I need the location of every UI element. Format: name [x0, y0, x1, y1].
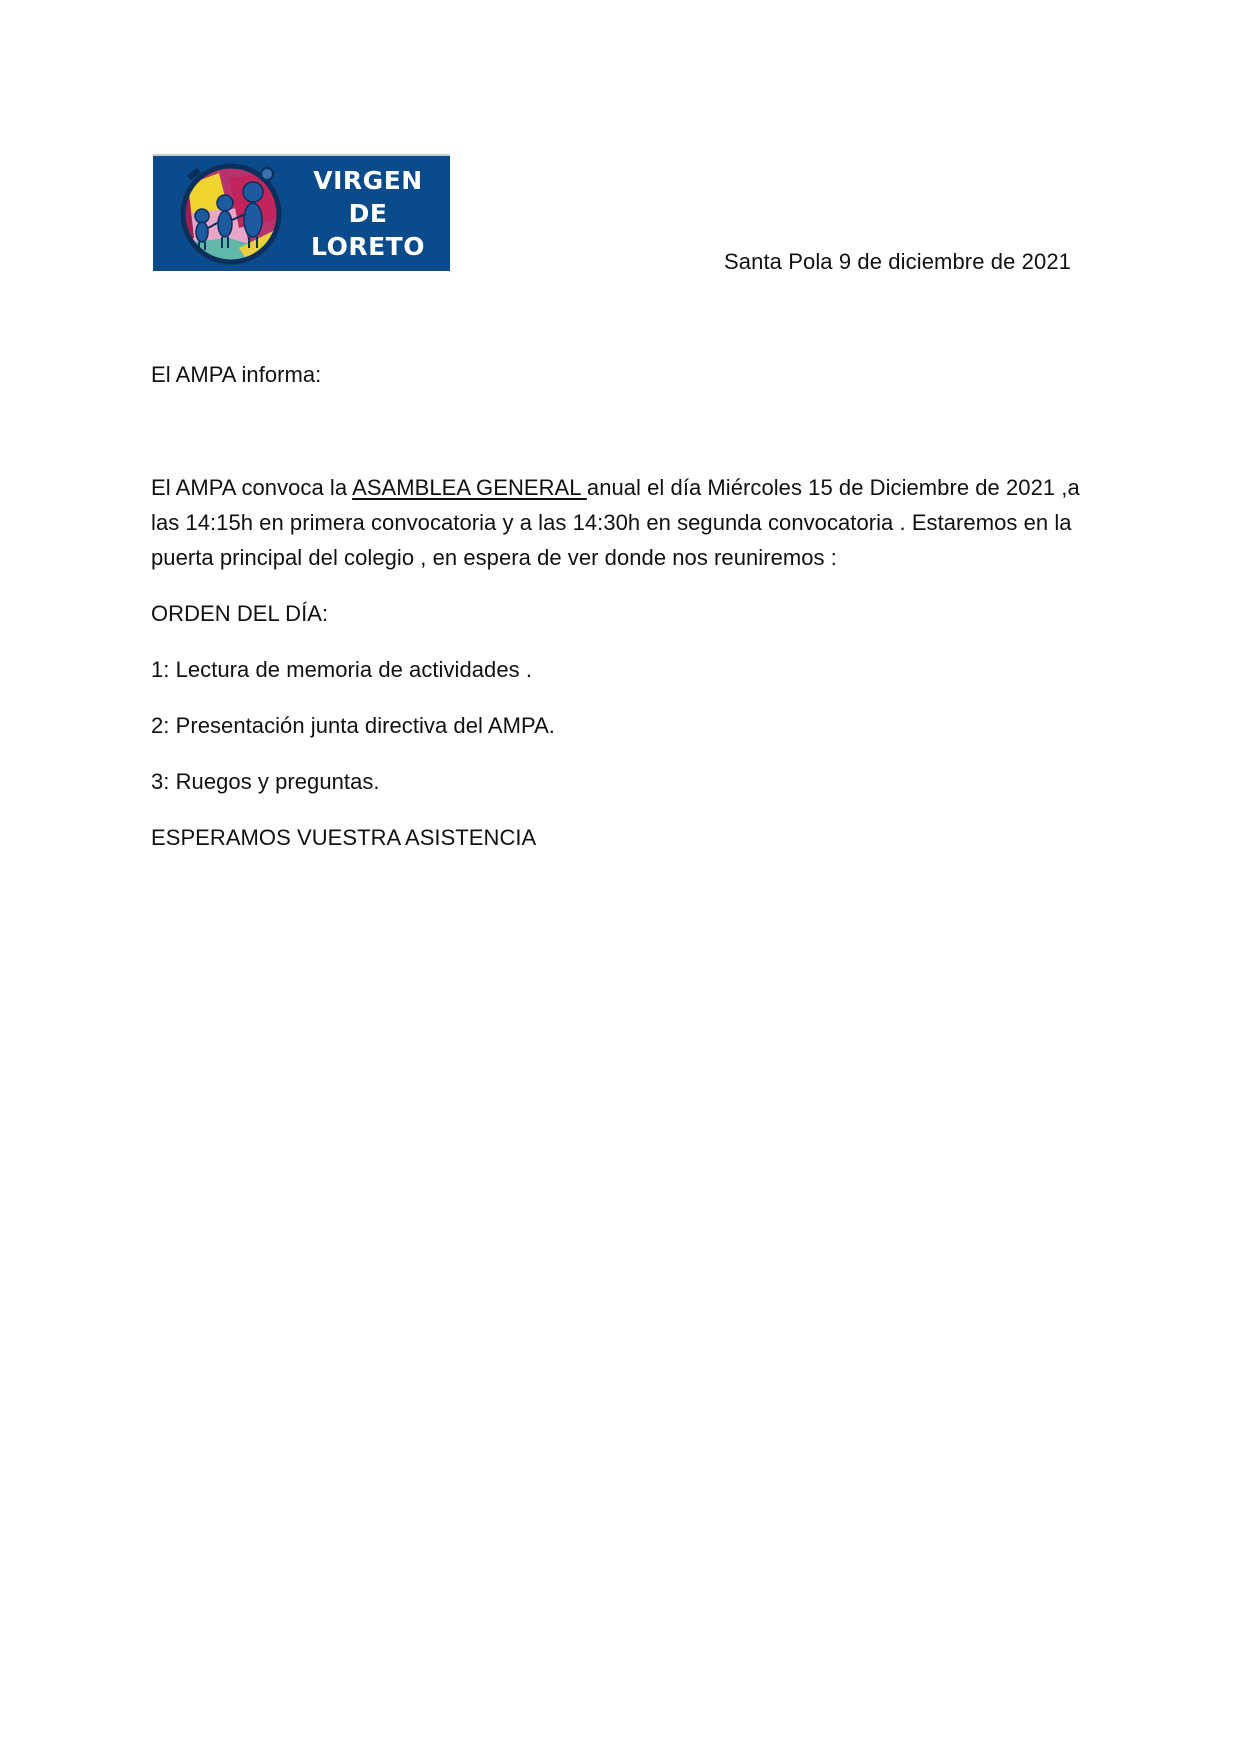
logo-line: LORETO — [303, 230, 433, 263]
agenda-item: 3: Ruegos y preguntas. — [151, 769, 380, 795]
paragraph-line-3: puerta principal del colegio , en espera… — [151, 545, 837, 571]
document-page: VIRGEN DE LORETO Santa Pola 9 de diciemb… — [0, 0, 1242, 1755]
logo-line: DE — [303, 197, 433, 230]
logo-line: VIRGEN — [303, 164, 433, 197]
agenda-item: 1: Lectura de memoria de actividades . — [151, 657, 532, 683]
paragraph-line-2: las 14:15h en primera convocatoria y a l… — [151, 510, 1072, 536]
assembly-emphasis: ASAMBLEA GENERAL — [352, 475, 587, 500]
school-logo: VIRGEN DE LORETO — [153, 154, 450, 271]
closing-line: ESPERAMOS VUESTRA ASISTENCIA — [151, 825, 536, 851]
intro-heading: El AMPA informa: — [151, 362, 321, 388]
paragraph-text: anual el día Miércoles 15 de Diciembre d… — [587, 475, 1080, 500]
paragraph-text: El AMPA convoca la — [151, 475, 352, 500]
date-line: Santa Pola 9 de diciembre de 2021 — [724, 249, 1071, 275]
agenda-title: ORDEN DEL DÍA: — [151, 601, 328, 627]
paragraph-line-1: El AMPA convoca la ASAMBLEA GENERAL anua… — [151, 475, 1080, 501]
family-pencil-circle-icon — [169, 158, 294, 270]
logo-text: VIRGEN DE LORETO — [303, 164, 433, 263]
agenda-item: 2: Presentación junta directiva del AMPA… — [151, 713, 555, 739]
